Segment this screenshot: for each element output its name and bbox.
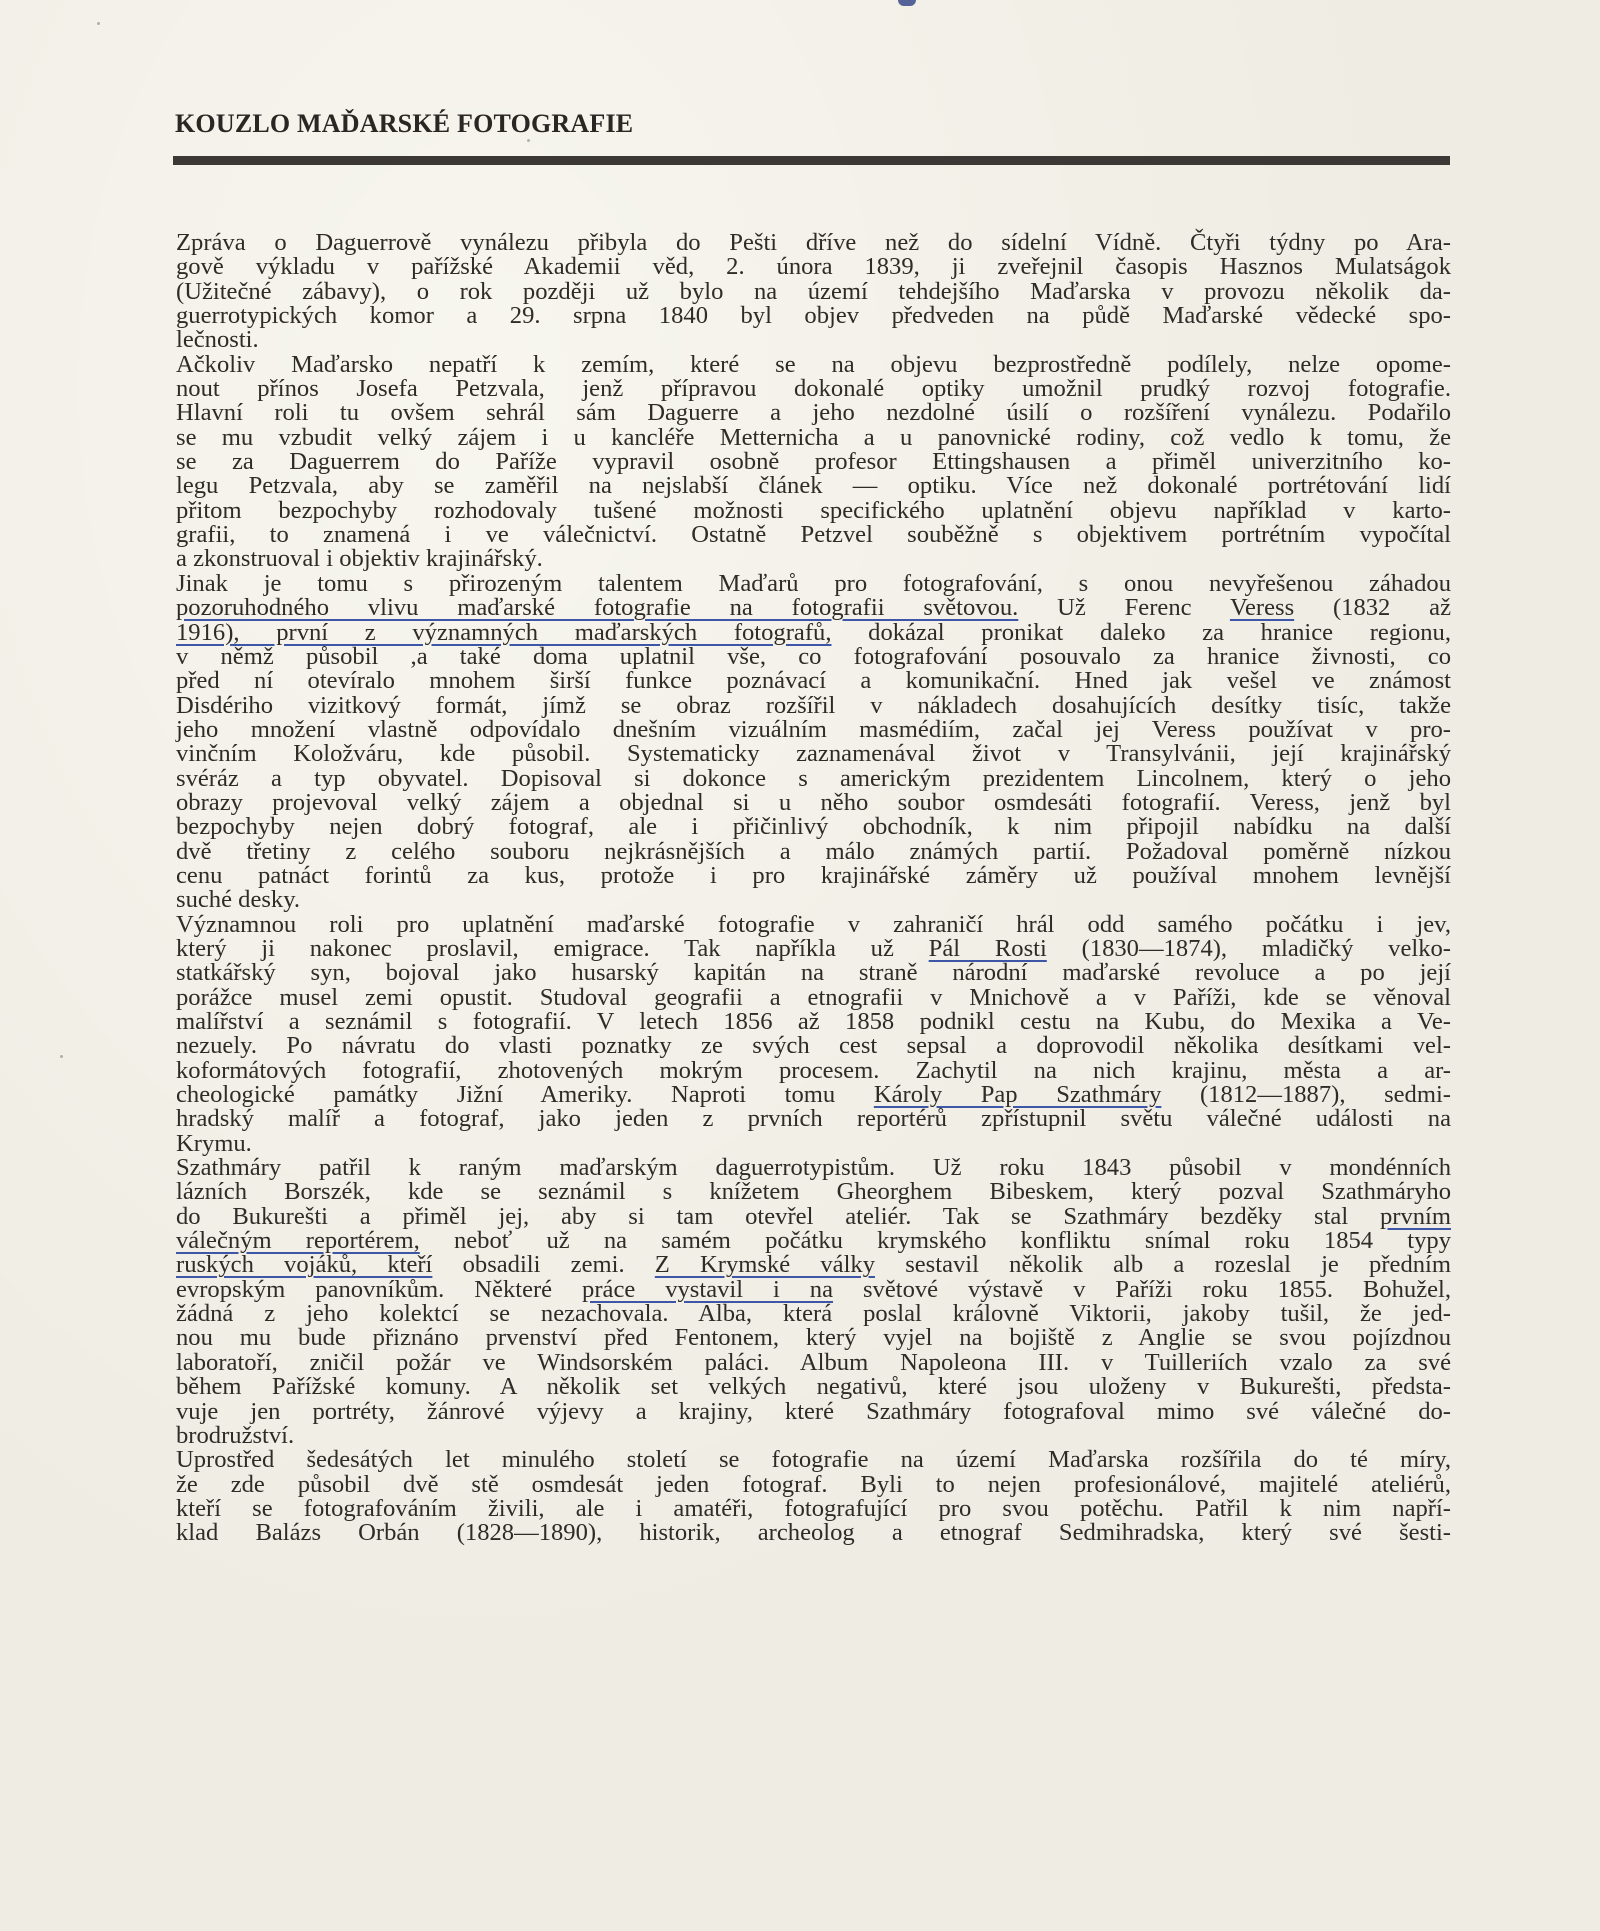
text-line: Szathmáry patřil k raným maďarským dague…	[176, 1156, 1451, 1180]
pen-underline: práce vystavil i na	[582, 1276, 833, 1303]
text-line: se za Daguerrem do Paříže vypravil osobn…	[176, 450, 1451, 474]
text-line: brodružství.	[176, 1424, 1451, 1448]
text-line: gově výkladu v pařížské Akademii věd, 2.…	[176, 255, 1451, 279]
paper-speck	[97, 22, 100, 25]
text-line: cheologické památky Jižní Ameriky. Napro…	[176, 1083, 1451, 1107]
text-line: ruských vojáků, kteří obsadili zemi. Z K…	[176, 1253, 1451, 1277]
text-line: vuje jen portréty, žánrové výjevy a kraj…	[176, 1400, 1451, 1424]
text-line: Krymu.	[176, 1132, 1451, 1156]
paper-speck	[527, 139, 530, 142]
scanned-book-page: KOUZLO MAĎARSKÉ FOTOGRAFIE Zpráva o Dagu…	[0, 0, 1600, 1931]
pen-underline: 1916), první z významných maďarských fot…	[176, 619, 831, 646]
text-line: před ní otevíralo mnohem širší funkce po…	[176, 669, 1451, 693]
text-line: do Bukurešti a přiměl jej, aby si tam ot…	[176, 1205, 1451, 1229]
text-line: jeho množení vlastně odpovídalo dnešním …	[176, 718, 1451, 742]
text-line: evropským panovníkům. Některé práce vyst…	[176, 1278, 1451, 1302]
text-line: guerrotypických komor a 29. srpna 1840 b…	[176, 304, 1451, 328]
pen-underline: prvním	[1380, 1203, 1451, 1230]
text-line: vinčním Koložváru, kde působil. Systemat…	[176, 742, 1451, 766]
pen-underline: Veress	[1230, 594, 1294, 621]
text-line: dvě třetiny z celého souboru nejkrásnějš…	[176, 840, 1451, 864]
text-line: Ačkoliv Maďarsko nepatří k zemím, které …	[176, 353, 1451, 377]
text-line: lečnosti.	[176, 328, 1451, 352]
text-line: přitom bezpochyby rozhodovaly tušené mož…	[176, 499, 1451, 523]
text-line: obrazy projevoval velký zájem a objednal…	[176, 791, 1451, 815]
pen-underline: pozoruhodného vlivu maďarské fotografie …	[176, 594, 1018, 621]
text-line: a zkonstruoval i objektiv krajinářský.	[176, 547, 1451, 571]
text-line: v němž působil ,a také doma uplatnil vše…	[176, 645, 1451, 669]
text-line: že zde působil dvě stě osmdesát jeden fo…	[176, 1473, 1451, 1497]
text-line: laboratoří, zničil požár ve Windsorském …	[176, 1351, 1451, 1375]
text-line: suché desky.	[176, 888, 1451, 912]
text-line: cenu patnáct forintů za kus, protože i p…	[176, 864, 1451, 888]
text-line: (Užitečné zábavy), o rok později už bylo…	[176, 280, 1451, 304]
pen-underline: Z Krymské války	[655, 1251, 875, 1278]
text-line: hradský malíř a fotograf, jako jeden z p…	[176, 1107, 1451, 1131]
text-line: porážce musel zemi opustit. Studoval geo…	[176, 986, 1451, 1010]
text-line: 1916), první z významných maďarských fot…	[176, 621, 1451, 645]
pen-mark	[898, 0, 916, 6]
text-line: svéráz a typ obyvatel. Dopisoval si doko…	[176, 767, 1451, 791]
text-line: Uprostřed šedesátých let minulého stolet…	[176, 1448, 1451, 1472]
text-line: nout přínos Josefa Petzvala, jenž přípra…	[176, 377, 1451, 401]
paper-speck	[60, 1055, 63, 1058]
text-line: legu Petzvala, aby se zaměřil na nejslab…	[176, 474, 1451, 498]
text-line: bezpochyby nejen dobrý fotograf, ale i p…	[176, 815, 1451, 839]
pen-underline: Károly Pap Szathmáry	[874, 1081, 1162, 1108]
page-title: KOUZLO MAĎARSKÉ FOTOGRAFIE	[175, 109, 633, 139]
pen-underline: ruských vojáků, kteří	[176, 1251, 432, 1278]
text-line: klad Balázs Orbán (1828—1890), historik,…	[176, 1521, 1451, 1545]
text-line: během Pařížské komuny. A několik set vel…	[176, 1375, 1451, 1399]
text-line: žádná z jeho kolektcí se nezachovala. Al…	[176, 1302, 1451, 1326]
text-line: Významnou roli pro uplatnění maďarské fo…	[176, 913, 1451, 937]
text-line: pozoruhodného vlivu maďarské fotografie …	[176, 596, 1451, 620]
text-line: Hlavní roli tu ovšem sehrál sám Daguerre…	[176, 401, 1451, 425]
text-line: nou mu bude přiznáno prvenství před Fent…	[176, 1326, 1451, 1350]
text-line: koformátových fotografií, zhotovených mo…	[176, 1059, 1451, 1083]
text-line: Jinak je tomu s přirozeným talentem Maďa…	[176, 572, 1451, 596]
text-line: malířství a seznámil s fotografií. V let…	[176, 1010, 1451, 1034]
text-line: válečným reportérem, neboť už na samém p…	[176, 1229, 1451, 1253]
text-line: Zpráva o Daguerrově vynálezu přibyla do …	[176, 231, 1451, 255]
text-line: kteří se fotografováním živili, ale i am…	[176, 1497, 1451, 1521]
text-line: Disdériho vizitkový formát, jímž se obra…	[176, 694, 1451, 718]
text-line: který ji nakonec proslavil, emigrace. Ta…	[176, 937, 1451, 961]
text-line: nezuely. Po návratu do vlasti poznatky z…	[176, 1034, 1451, 1058]
text-line: statkářský syn, bojoval jako husarský ka…	[176, 961, 1451, 985]
pen-underline: Pál Rosti	[929, 935, 1047, 962]
text-line: se mu vzbudit velký zájem i u kancléře M…	[176, 426, 1451, 450]
text-line: grafii, to znamená i ve válečnictví. Ost…	[176, 523, 1451, 547]
pen-underline: válečným reportérem,	[176, 1227, 420, 1254]
article-body: Zpráva o Daguerrově vynálezu přibyla do …	[176, 231, 1451, 1546]
title-rule-divider	[173, 156, 1450, 165]
text-line: lázních Borszék, kde se seznámil s kníže…	[176, 1180, 1451, 1204]
